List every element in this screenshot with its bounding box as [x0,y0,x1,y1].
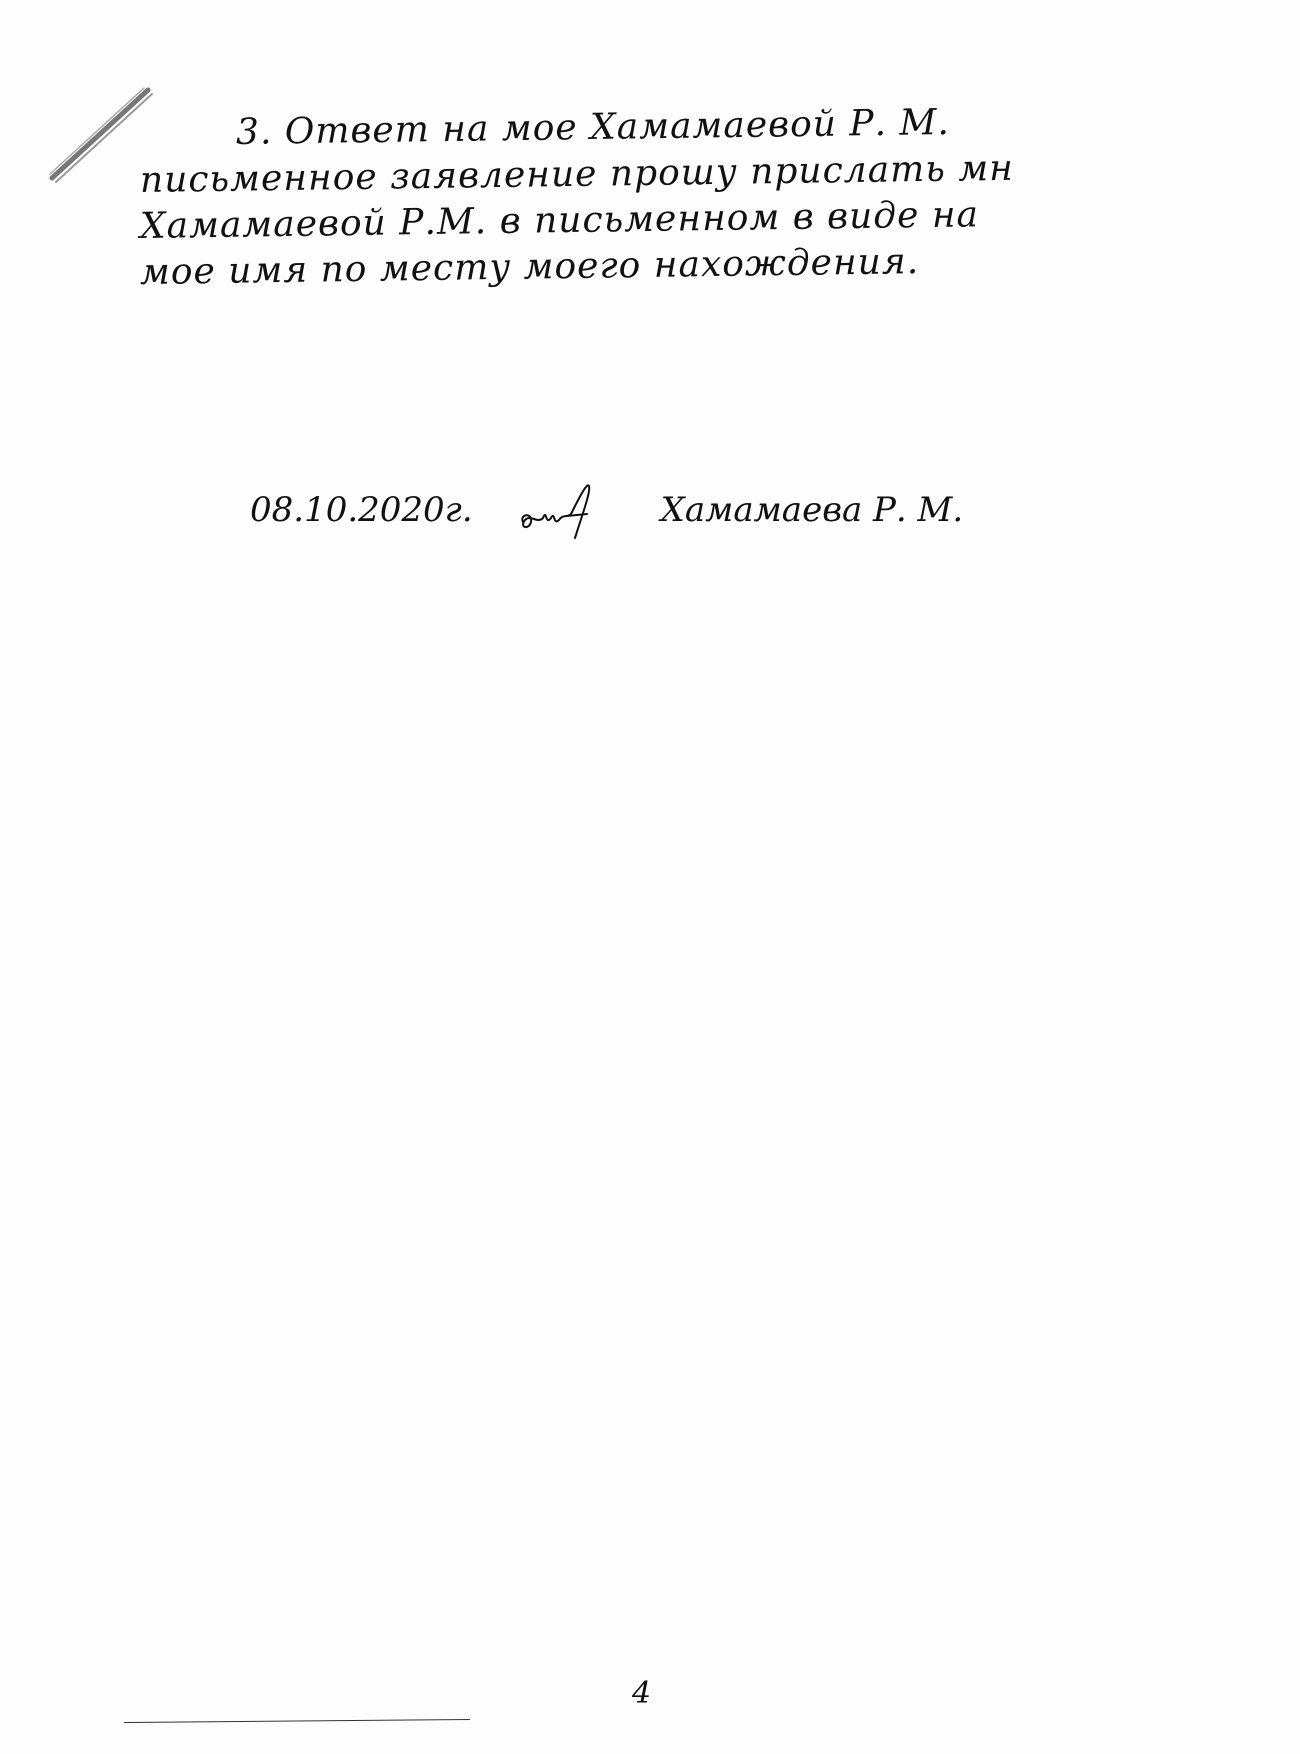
body-line-2: письменное заявление прошу прислать мн [140,148,1014,201]
body-line-3: Хамамаевой Р.М. в письменном в виде на [140,194,980,247]
body-line-1: 3. Ответ на мое Хамамаевой Р. М. [236,102,950,153]
signature-name: Хамамаева Р. М. [661,490,964,530]
body-line-4: мое имя по месту моего нахождения. [140,241,920,293]
handwritten-signature-icon [517,478,617,542]
document-date: 08.10.2020г. [250,490,473,530]
page-number: 4 [632,1676,651,1711]
date-signature-line: 08.10.2020г. Хамамаева Р. М. [250,478,963,542]
footnote-divider [124,1719,470,1723]
document-page: 3. Ответ на мое Хамамаевой Р. М. письмен… [0,0,1300,1754]
